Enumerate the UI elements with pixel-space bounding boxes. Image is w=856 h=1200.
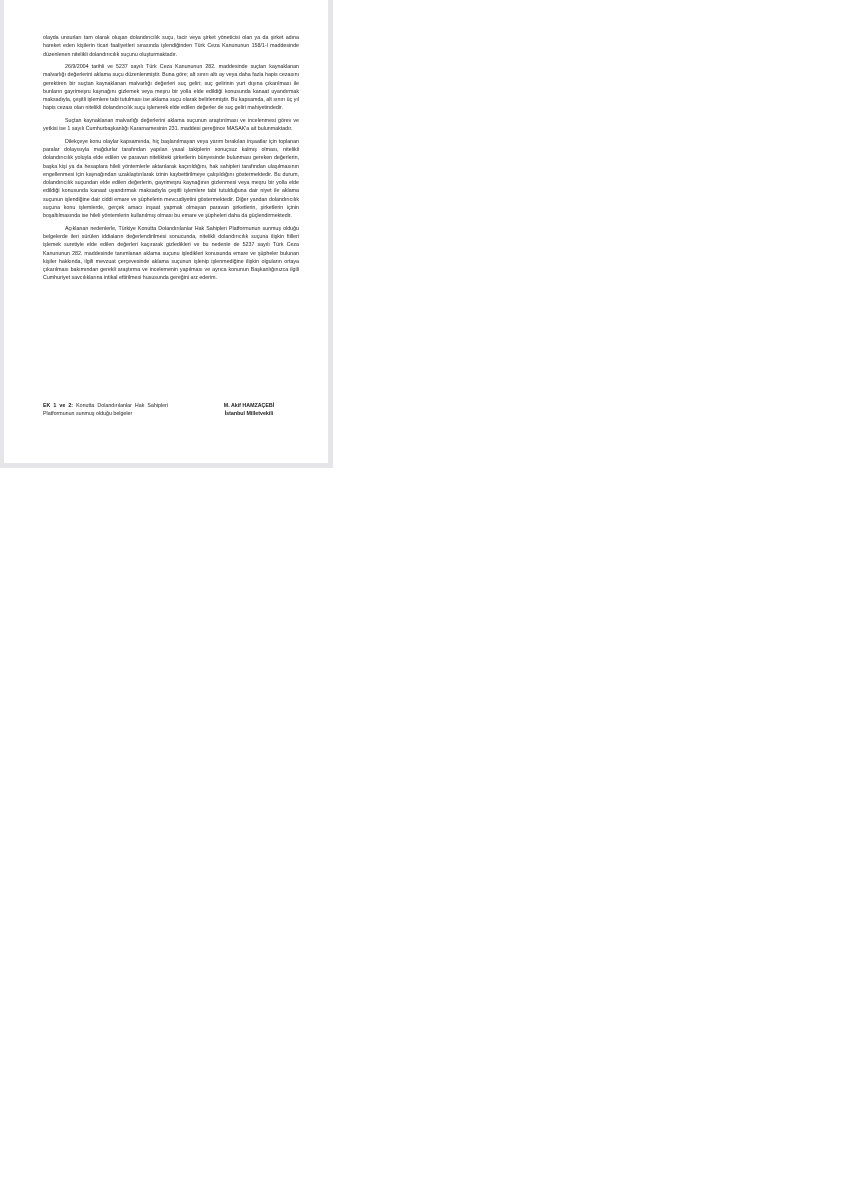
signature-title: İstanbul Milletvekili bbox=[209, 410, 289, 418]
paragraph-3: Suçtan kaynaklanan malvarlığı değerlerin… bbox=[43, 117, 299, 134]
signature-block: M. Akif HAMZAÇEBİ İstanbul Milletvekili bbox=[209, 402, 289, 418]
paragraph-5: Açıklanan nedenlerle, Türkiye Konutta Do… bbox=[43, 225, 299, 283]
document-body: olayda unsurları tam olarak oluşan dolan… bbox=[43, 34, 299, 287]
attachment-note: EK 1 ve 2: Konutta Dolandırılanlar Hak S… bbox=[43, 402, 168, 418]
paragraph-1: olayda unsurları tam olarak oluşan dolan… bbox=[43, 34, 299, 59]
paragraph-4: Dilekçeye konu olaylar kapsamında, hiç b… bbox=[43, 138, 299, 221]
paragraph-2: 26/9/2004 tarihli ve 5237 sayılı Türk Ce… bbox=[43, 63, 299, 113]
signature-name: M. Akif HAMZAÇEBİ bbox=[209, 402, 289, 410]
page-frame: olayda unsurları tam olarak oluşan dolan… bbox=[0, 0, 333, 468]
attachment-label: EK 1 ve 2: bbox=[43, 403, 73, 409]
document-page: olayda unsurları tam olarak oluşan dolan… bbox=[4, 0, 328, 463]
